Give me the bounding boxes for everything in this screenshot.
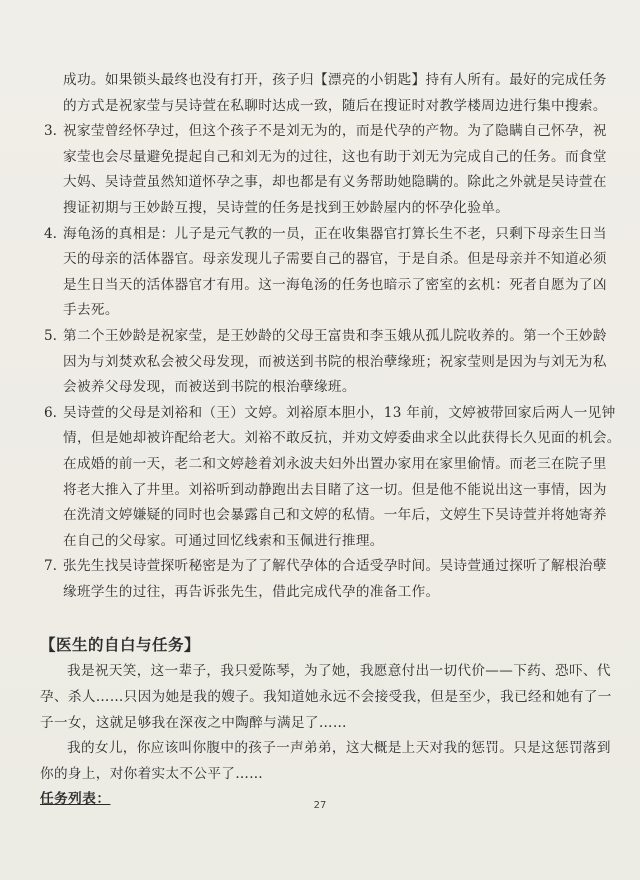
text-line: 张先生找吴诗萱探听秘密是为了了解代孕体的合适受孕时间。吴诗萱通过探听了解根治孽 bbox=[63, 554, 600, 580]
text-line: 子一女，这就足够我在深夜之中陶醉与满足了…… bbox=[40, 711, 600, 737]
text-line: 第二个王妙龄是祝家莹，是王妙龄的父母王富贵和李玉娥从孤儿院收养的。第一个王妙龄 bbox=[63, 324, 600, 350]
text-line: 在成婚的前一天，老二和文婷趁着刘永波夫妇外出置办家用在家里偷情。而老三在院子里 bbox=[63, 452, 600, 478]
text-line: 吴诗萱的父母是刘裕和（王）文婷。刘裕原本胆小，13 年前，文婷被带回家后两人一见… bbox=[63, 401, 600, 427]
text-line: 缘班学生的过往，再告诉张先生，借此完成代孕的准备工作。 bbox=[63, 580, 600, 606]
page-content: 成功。如果锁头最终也没有打开，孩子归【漂亮的小钥匙】持有人所有。最好的完成任务 … bbox=[44, 68, 600, 811]
text-line: 在洗清文婷嫌疑的同时也会暴露自己和文婷的私情。一年后，文婷生下吴诗萱并将她寄养 bbox=[63, 503, 600, 529]
text-line: 因为与刘焚欢私会被父母发现，而被送到书院的根治孽缘班；祝家莹则是因为与刘无为私 bbox=[63, 350, 600, 376]
text-line: 手去死。 bbox=[63, 298, 600, 324]
text-line: 的方式是祝家莹与吴诗萱在私聊时达成一致，随后在搜证时对教学楼周边进行集中搜索。 bbox=[63, 94, 600, 120]
text-line: 海龟汤的真相是：儿子是元气教的一员，正在收集器官打算长生不老，只剩下母亲生日当 bbox=[63, 222, 600, 248]
list-item-7: 7. 张先生找吴诗萱探听秘密是为了了解代孕体的合适受孕时间。吴诗萱通过探听了解根… bbox=[44, 554, 600, 605]
list-item-6: 6. 吴诗萱的父母是刘裕和（王）文婷。刘裕原本胆小，13 年前，文婷被带回家后两… bbox=[44, 401, 600, 555]
text-line: 大妈、吴诗萱虽然知道怀孕之事，却也都是有义务帮助她隐瞒的。除此之外就是吴诗萱在 bbox=[63, 170, 600, 196]
text-line: 搜证初期与王妙龄互搜，吴诗萱的任务是找到王妙龄屋内的怀孕化验单。 bbox=[63, 196, 600, 222]
section-heading: 【医生的自白与任务】 bbox=[40, 631, 600, 659]
text-line: 在自己的父母家。可通过回忆线索和玉佩进行推理。 bbox=[63, 529, 600, 555]
list-number: 4. bbox=[44, 222, 57, 248]
list-item-5: 5. 第二个王妙龄是祝家莹，是王妙龄的父母王富贵和李玉娥从孤儿院收养的。第一个王… bbox=[44, 324, 600, 401]
list-number: 5. bbox=[44, 324, 57, 350]
text-line: 将老大推入了井里。刘裕听到动静跑出去目睹了这一切。但是他不能说出这一事情，因为 bbox=[63, 478, 600, 504]
text-line: 情，但是她却被许配给老大。刘裕不敢反抗，并劝文婷委曲求全以此获得长久见面的机会。 bbox=[63, 426, 600, 452]
text-line: 家莹也会尽量避免提起自己和刘无为的过往，这也有助于刘无为完成自己的任务。而食堂 bbox=[63, 145, 600, 171]
text-line: 祝家莹曾经怀孕过，但这个孩子不是刘无为的，而是代孕的产物。为了隐瞒自己怀孕，祝 bbox=[63, 119, 600, 145]
paragraph: 我的女儿，你应该叫你腹中的孩子一声弟弟，这大概是上天对我的惩罚。只是这惩罚落到 … bbox=[40, 736, 600, 787]
document-page: 成功。如果锁头最终也没有打开，孩子归【漂亮的小钥匙】持有人所有。最好的完成任务 … bbox=[0, 0, 640, 880]
text-line: 你的身上，对你着实太不公平了…… bbox=[40, 762, 600, 788]
text-line: 会被养父母发现，而被送到书院的根治孽缘班。 bbox=[63, 375, 600, 401]
list-item-3: 3. 祝家莹曾经怀孕过，但这个孩子不是刘无为的，而是代孕的产物。为了隐瞒自己怀孕… bbox=[44, 119, 600, 221]
continuation-text: 成功。如果锁头最终也没有打开，孩子归【漂亮的小钥匙】持有人所有。最好的完成任务 … bbox=[44, 68, 600, 119]
text-line: 天的母亲的活体器官。母亲发现儿子需要自己的器官，于是自杀。但是母亲并不知道必须 bbox=[63, 247, 600, 273]
list-number: 3. bbox=[44, 119, 57, 145]
list-number: 7. bbox=[44, 554, 57, 580]
text-line: 我的女儿，你应该叫你腹中的孩子一声弟弟，这大概是上天对我的惩罚。只是这惩罚落到 bbox=[40, 736, 600, 762]
text-line: 是生日当天的活体器官才有用。这一海龟汤的任务也暗示了密室的玄机：死者自愿为了凶 bbox=[63, 273, 600, 299]
paragraph: 我是祝天笑，这一辈子，我只爱陈琴，为了她，我愿意付出一切代价——下药、恐吓、代 … bbox=[40, 659, 600, 736]
text-line: 成功。如果锁头最终也没有打开，孩子归【漂亮的小钥匙】持有人所有。最好的完成任务 bbox=[63, 68, 600, 94]
page-number: 27 bbox=[0, 800, 640, 811]
list-number: 6. bbox=[44, 401, 57, 427]
text-line: 我是祝天笑，这一辈子，我只爱陈琴，为了她，我愿意付出一切代价——下药、恐吓、代 bbox=[40, 659, 600, 685]
list-item-4: 4. 海龟汤的真相是：儿子是元气教的一员，正在收集器官打算长生不老，只剩下母亲生… bbox=[44, 222, 600, 324]
text-line: 孕、杀人……只因为她是我的嫂子。我知道她永远不会接受我，但是至少，我已经和她有了… bbox=[40, 685, 600, 711]
